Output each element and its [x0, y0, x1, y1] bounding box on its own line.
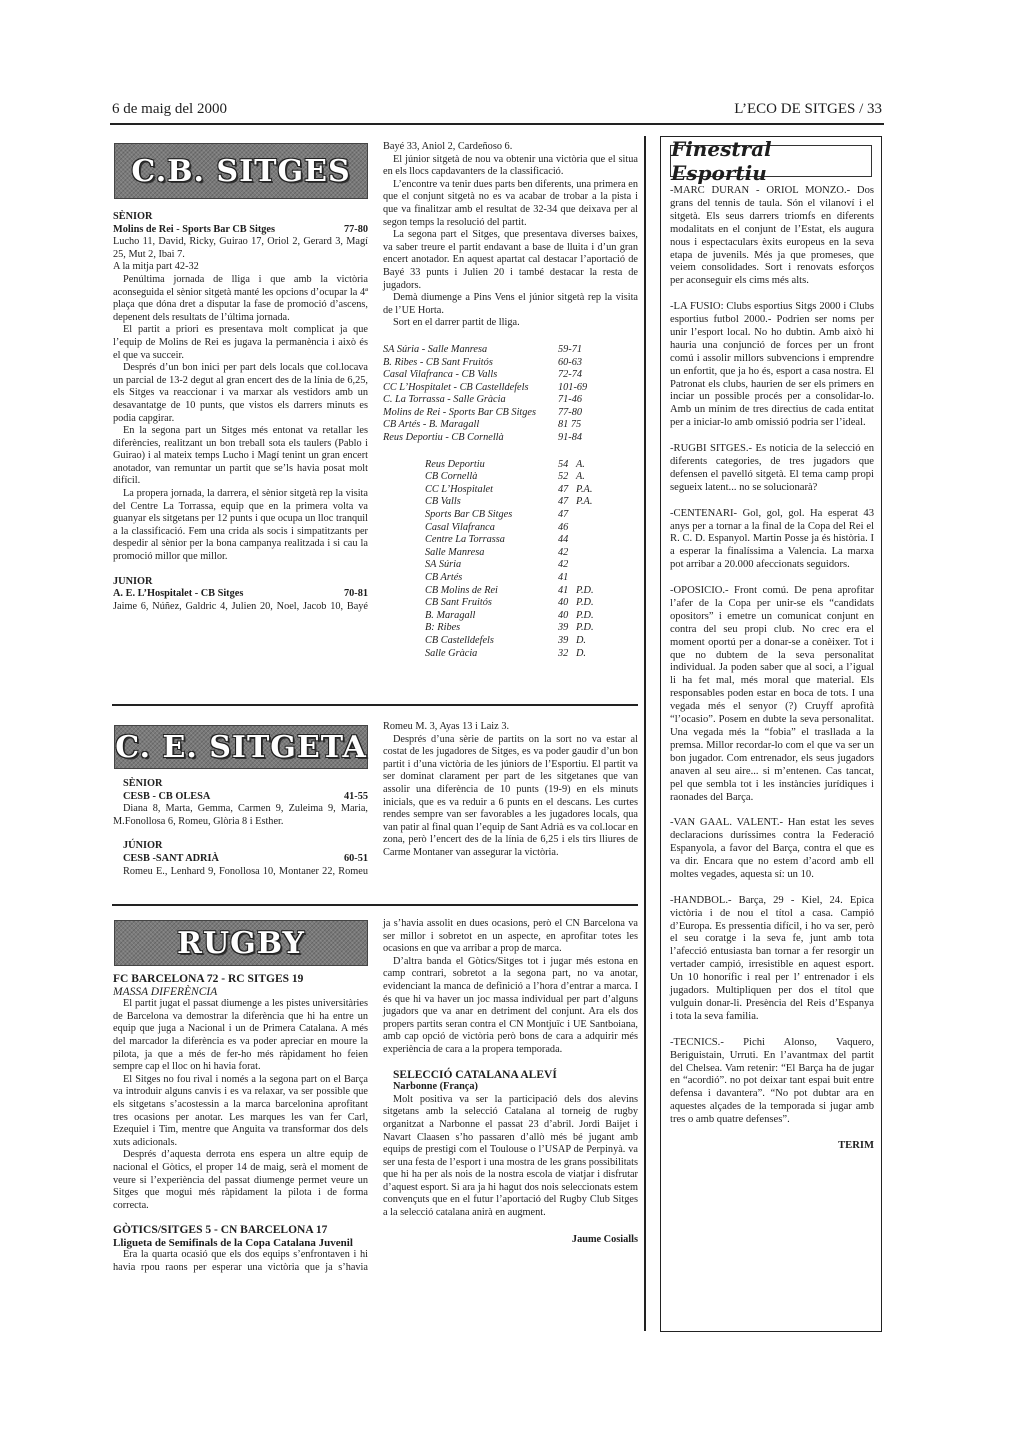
- standing-note: A.: [576, 471, 594, 484]
- standing-note: A.: [576, 459, 594, 472]
- senior-halftime: A la mitja part 42-32: [113, 261, 368, 274]
- table-row: Sports Bar CB Sitges47: [425, 509, 594, 522]
- table-row: CB Castelldefels39D.: [425, 635, 594, 648]
- finestral-signature: TERIM: [670, 1140, 874, 1153]
- standing-note: [576, 547, 594, 560]
- standing-note: [576, 559, 594, 572]
- ce-sitgeta-banner-title: C. E. SITGETA: [115, 730, 366, 765]
- standing-points: 46: [558, 522, 576, 535]
- result-match: Molins de Rei - Sports Bar CB Sitges: [383, 407, 558, 420]
- table-row: CC L’Hospitalet47P.A.: [425, 484, 594, 497]
- standing-points: 40: [558, 597, 576, 610]
- standing-note: P.D.: [576, 622, 594, 635]
- table-row: Salle Gràcia32D.: [425, 648, 594, 661]
- result-score: 77-80: [558, 407, 587, 420]
- table-row: Centre La Torrassa44: [425, 534, 594, 547]
- standing-points: 42: [558, 559, 576, 572]
- table-row: Reus Deportiu - CB Cornellà91-84: [383, 432, 587, 445]
- junior-score: 70-81: [344, 588, 368, 601]
- standing-team: Reus Deportiu: [425, 459, 558, 472]
- ce-senior-players: Diana 8, Marta, Gemma, Carmen 9, Zuleima…: [113, 803, 368, 828]
- standing-team: Sports Bar CB Sitges: [425, 509, 558, 522]
- finestral-item: -OPOSICIO.- Front comú. De pena aprofita…: [670, 585, 874, 804]
- standing-note: [576, 534, 594, 547]
- table-row: CB Cornellà52A.: [425, 471, 594, 484]
- paragraph: Sort en el darrer partit de lliga.: [383, 317, 638, 330]
- cb-sitges-banner: C.B. SITGES: [114, 143, 368, 199]
- standing-points: 47: [558, 509, 576, 522]
- result-match: Casal Vilafranca - CB Valls: [383, 369, 558, 382]
- ce-senior-label: SÈNIOR: [113, 778, 368, 791]
- standing-team: B. Maragall: [425, 610, 558, 623]
- rugby-headline-2: GÒTICS/SITGES 5 - CN BARCELONA 17: [113, 1224, 368, 1237]
- table-row: CB Artés41: [425, 572, 594, 585]
- standing-points: 52: [558, 471, 576, 484]
- standing-points: 40: [558, 610, 576, 623]
- ce-junior-match-row: CESB -SANT ADRIÀ 60-51: [113, 853, 368, 866]
- standing-team: CB Artés: [425, 572, 558, 585]
- table-row: C. La Torrassa - Salle Gràcia71-46: [383, 394, 587, 407]
- table-row: Molins de Rei - Sports Bar CB Sitges77-8…: [383, 407, 587, 420]
- finestral-item: -CENTENARI- Gol, gol, gol. Ha esperat 43…: [670, 508, 874, 573]
- rugby-subhead-2: Lligueta de Semifinals de la Copa Catala…: [113, 1237, 368, 1250]
- page-date: 6 de maig del 2000: [112, 101, 227, 118]
- table-row: SA Súria42: [425, 559, 594, 572]
- result-match: C. La Torrassa - Salle Gràcia: [383, 394, 558, 407]
- table-row: CB Molins de Rei41P.D.: [425, 585, 594, 598]
- author-signature: Jaume Cosialls: [383, 1234, 638, 1247]
- standing-note: P.D.: [576, 585, 594, 598]
- junior-label: JUNIOR: [113, 576, 368, 589]
- paragraph: Era la quarta ocasió que els dos equips …: [113, 1249, 368, 1275]
- ce-junior-score: 60-51: [344, 853, 368, 866]
- ce-junior-players-cont: Romeu M. 3, Ayas 13 i Laiz 3.: [383, 721, 638, 734]
- standing-team: CB Cornellà: [425, 471, 558, 484]
- header-rule: [110, 123, 884, 125]
- standing-team: Centre La Torrassa: [425, 534, 558, 547]
- paragraph: D’altra banda el Gòtics/Sitges tot i jug…: [383, 956, 638, 1057]
- paragraph: El partit jugat el passat diumenge a les…: [113, 998, 368, 1074]
- standing-note: P.A.: [576, 496, 594, 509]
- rugby-banner: RUGBY: [114, 920, 368, 966]
- standing-team: CB Valls: [425, 496, 558, 509]
- paragraph-cont: ja s’havia assolit en dues ocasions, per…: [383, 918, 638, 956]
- paragraph: En la segona part un Sitges més entonat …: [113, 425, 368, 488]
- rugby-col2: ja s’havia assolit en dues ocasions, per…: [383, 918, 638, 1246]
- paragraph: Penúltima jornada de lliga i que amb la …: [113, 274, 368, 324]
- rugby-banner-title: RUGBY: [177, 926, 305, 961]
- standing-team: CB Sant Fruitós: [425, 597, 558, 610]
- ce-junior-match: CESB -SANT ADRIÀ: [123, 853, 219, 866]
- paragraph: Després d’una sèrie de partits on la sor…: [383, 734, 638, 860]
- result-match: Reus Deportiu - CB Cornellà: [383, 432, 558, 445]
- junior-players: Jaime 6, Núñez, Galdric 4, Julien 20, No…: [113, 601, 368, 614]
- standing-team: CC L’Hospitalet: [425, 484, 558, 497]
- cb-sitges-banner-title: C.B. SITGES: [131, 154, 350, 189]
- ce-junior-players: Romeu E., Lenhard 9, Fonollosa 10, Monta…: [113, 866, 368, 879]
- cb-sitges-col2: Bayé 33, Aniol 2, Cardeñoso 6. El júnior…: [383, 141, 638, 660]
- rugby-subhead-1: MASSA DIFERÈNCIA: [113, 986, 368, 999]
- standing-note: D.: [576, 635, 594, 648]
- standing-points: 47: [558, 496, 576, 509]
- ce-sitgeta-banner: C. E. SITGETA: [114, 725, 368, 769]
- result-score: 91-84: [558, 432, 587, 445]
- table-row: Casal Vilafranca46: [425, 522, 594, 535]
- senior-match-row: Molins de Rei - Sports Bar CB Sitges 77-…: [113, 224, 368, 237]
- senior-match: Molins de Rei - Sports Bar CB Sitges: [113, 224, 275, 237]
- finestral-item: -TECNICS.- Pichi Alonso, Vaquero, Berigu…: [670, 1037, 874, 1127]
- result-match: CB Artés - B. Maragall: [383, 419, 558, 432]
- publication-page: L’ECO DE SITGES / 33: [734, 101, 882, 118]
- table-row: Salle Manresa42: [425, 547, 594, 560]
- junior-match-row: A. E. L’Hospitalet - CB Sitges 70-81: [113, 588, 368, 601]
- rugby-col1: FC BARCELONA 72 - RC SITGES 19 MASSA DIF…: [113, 973, 368, 1275]
- paragraph: Després d’aquesta derrota ens espera un …: [113, 1149, 368, 1212]
- finestral-item: -MARC DURAN - ORIOL MONZO.- Dos grans de…: [670, 185, 874, 288]
- ce-senior-score: 41-55: [344, 791, 368, 804]
- result-score: 60-63: [558, 357, 587, 370]
- result-score: 59-71: [558, 344, 587, 357]
- rugby-headline-3: SELECCIÓ CATALANA ALEVÍ: [383, 1069, 638, 1082]
- standing-note: D.: [576, 648, 594, 661]
- standing-points: 44: [558, 534, 576, 547]
- result-score: 72-74: [558, 369, 587, 382]
- paragraph: Molt positiva va ser la participació del…: [383, 1094, 638, 1220]
- paragraph: Demà diumenge a Pins Vens el júnior sitg…: [383, 292, 638, 317]
- finestral-column: -MARC DURAN - ORIOL MONZO.- Dos grans de…: [670, 185, 874, 1153]
- standing-team: SA Súria: [425, 559, 558, 572]
- standing-points: 41: [558, 585, 576, 598]
- table-row: Reus Deportiu54A.: [425, 459, 594, 472]
- rugby-headline-1: FC BARCELONA 72 - RC SITGES 19: [113, 973, 368, 986]
- standing-points: 39: [558, 622, 576, 635]
- paragraph: La segona part el Sitges, que presentava…: [383, 229, 638, 292]
- standing-team: CB Molins de Rei: [425, 585, 558, 598]
- standing-team: Salle Manresa: [425, 547, 558, 560]
- finestral-title: Finestral Esportiu: [670, 145, 872, 177]
- result-match: B. Ribes - CB Sant Fruitós: [383, 357, 558, 370]
- finestral-item: -LA FUSIO: Clubs esportius Sitgs 2000 i …: [670, 301, 874, 430]
- standing-points: 54: [558, 459, 576, 472]
- table-row: Casal Vilafranca - CB Valls72-74: [383, 369, 587, 382]
- senior-score: 77-80: [344, 224, 368, 237]
- cb-sitges-col1: SÈNIOR Molins de Rei - Sports Bar CB Sit…: [113, 211, 368, 614]
- standing-points: 41: [558, 572, 576, 585]
- paragraph: El Sitges no fou rival i només a la sego…: [113, 1074, 368, 1150]
- standing-points: 42: [558, 547, 576, 560]
- senior-label: SÈNIOR: [113, 211, 368, 224]
- standing-team: Salle Gràcia: [425, 648, 558, 661]
- standing-points: 32: [558, 648, 576, 661]
- standing-note: [576, 522, 594, 535]
- paragraph: L’encontre va tenir dues parts ben difer…: [383, 179, 638, 229]
- senior-players: Lucho 11, David, Ricky, Guirao 17, Oriol…: [113, 236, 368, 261]
- result-match: SA Súria - Salle Manresa: [383, 344, 558, 357]
- standing-team: B: Ribes: [425, 622, 558, 635]
- table-row: B: Ribes39P.D.: [425, 622, 594, 635]
- finestral-item: -HANDBOL.- Barça, 29 - Kiel, 24. Epica v…: [670, 895, 874, 1024]
- table-row: CC L’Hospitalet - CB Castelldefels101-69: [383, 382, 587, 395]
- column-divider: [644, 136, 646, 1331]
- results-table: SA Súria - Salle Manresa59-71 B. Ribes -…: [383, 344, 587, 445]
- paragraph: El júnior sitgetà de nou va obtenir una …: [383, 154, 638, 179]
- standing-note: P.D.: [576, 610, 594, 623]
- ce-sitgeta-col2: Romeu M. 3, Ayas 13 i Laiz 3. Després d’…: [383, 721, 638, 860]
- ce-junior-label: JÚNIOR: [113, 840, 368, 853]
- standing-note: P.A.: [576, 484, 594, 497]
- table-row: CB Sant Fruitós40P.D.: [425, 597, 594, 610]
- ce-sitgeta-col1: SÈNIOR CESB - CB OLESA 41-55 Diana 8, Ma…: [113, 778, 368, 879]
- ce-senior-match-row: CESB - CB OLESA 41-55: [113, 791, 368, 804]
- result-match: CC L’Hospitalet - CB Castelldefels: [383, 382, 558, 395]
- table-row: B. Ribes - CB Sant Fruitós60-63: [383, 357, 587, 370]
- junior-match: A. E. L’Hospitalet - CB Sitges: [113, 588, 243, 601]
- standing-note: P.D.: [576, 597, 594, 610]
- standing-team: Casal Vilafranca: [425, 522, 558, 535]
- paragraph: Després d’un bon inici per part dels loc…: [113, 362, 368, 425]
- paragraph: La propera jornada, la darrera, el sènio…: [113, 488, 368, 564]
- standing-points: 39: [558, 635, 576, 648]
- table-row: CB Artés - B. Maragall81 75: [383, 419, 587, 432]
- table-row: B. Maragall40P.D.: [425, 610, 594, 623]
- standings-table: Reus Deportiu54A. CB Cornellà52A. CC L’H…: [425, 459, 594, 661]
- junior-players-cont: Bayé 33, Aniol 2, Cardeñoso 6.: [383, 141, 638, 154]
- result-score: 101-69: [558, 382, 587, 395]
- standing-note: [576, 509, 594, 522]
- standing-team: CB Castelldefels: [425, 635, 558, 648]
- result-score: 81 75: [558, 419, 587, 432]
- rugby-subhead-3: Narbonne (França): [383, 1081, 638, 1094]
- result-score: 71-46: [558, 394, 587, 407]
- finestral-item: -VAN GAAL. VALENT.- Han estat les seves …: [670, 817, 874, 882]
- standing-note: [576, 572, 594, 585]
- paragraph: El partit a priori es presentava molt co…: [113, 324, 368, 362]
- ce-senior-match: CESB - CB OLESA: [123, 791, 210, 804]
- finestral-item: -RUGBI SITGES.- Es noticia de la selecci…: [670, 443, 874, 495]
- section-rule: [112, 904, 638, 906]
- section-rule: [112, 704, 638, 706]
- table-row: CB Valls47P.A.: [425, 496, 594, 509]
- standing-points: 47: [558, 484, 576, 497]
- table-row: SA Súria - Salle Manresa59-71: [383, 344, 587, 357]
